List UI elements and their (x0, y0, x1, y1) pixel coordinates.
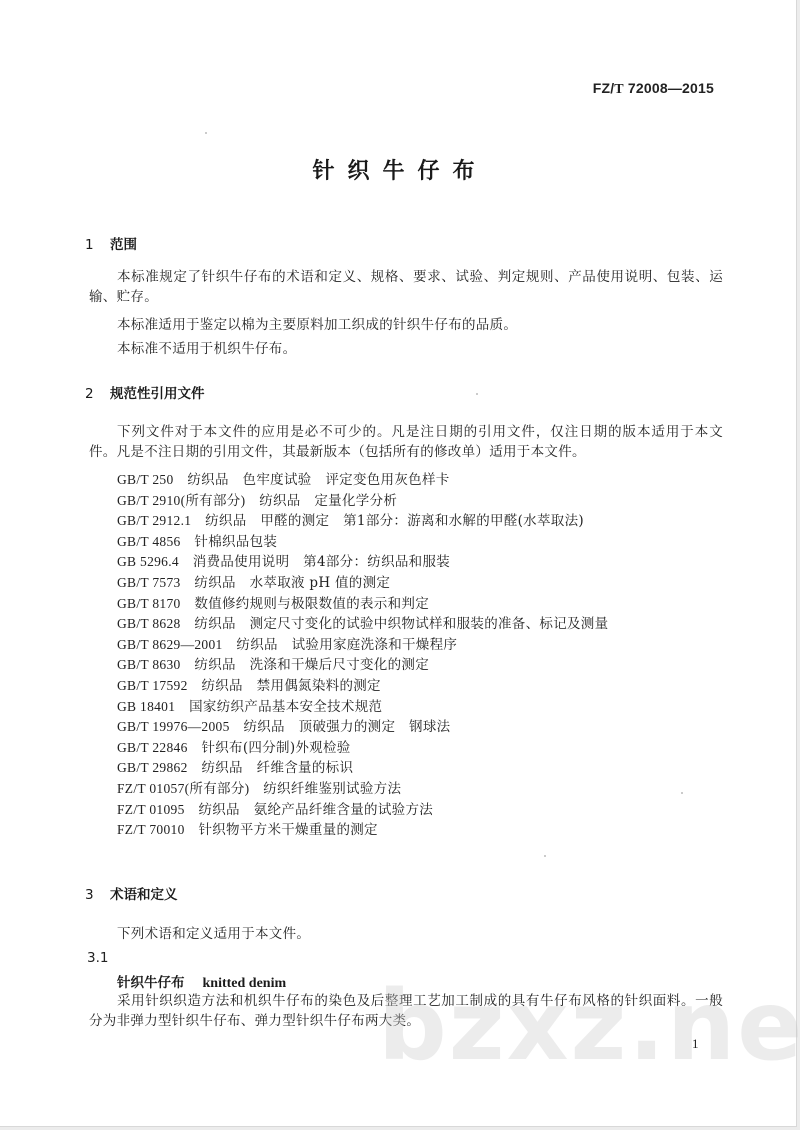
reference-title: 纺织品 定量化学分析 (259, 493, 397, 509)
section-3-heading: 3术语和定义 (85, 883, 178, 903)
reference-code: GB/T 8628 (117, 616, 181, 631)
reference-item: FZ/T 01095 纺织品 氨纶产品纤维含量的试验方法 (117, 800, 608, 821)
reference-title: 纺织品 洗涤和干燥后尺寸变化的测定 (194, 657, 429, 673)
reference-title: 纺织品 水萃取液 pH 值的测定 (194, 575, 390, 591)
reference-title: 纺织品 甲醛的测定 第1部分：游离和水解的甲醛(水萃取法) (205, 513, 584, 529)
section-1-number: 1 (85, 237, 110, 253)
standard-code-t: T (614, 82, 624, 97)
reference-code: FZ/T 70010 (117, 822, 185, 837)
reference-title: 纺织品 纤维含量的标识 (201, 760, 353, 776)
reference-item: GB/T 2912.1 纺织品 甲醛的测定 第1部分：游离和水解的甲醛(水萃取法… (117, 511, 608, 532)
reference-code: GB/T 8170 (117, 596, 181, 611)
reference-code: GB/T 4856 (117, 534, 181, 549)
reference-code: FZ/T 01057(所有部分) (117, 781, 249, 796)
reference-title: 针织布(四分制)外观检验 (201, 740, 350, 756)
reference-code: GB/T 2910(所有部分) (117, 493, 245, 508)
reference-title: 纺织品 禁用偶氮染料的测定 (201, 678, 380, 694)
reference-code: GB/T 19976—2005 (117, 719, 230, 734)
reference-item: GB/T 4856 针棉织品包装 (117, 532, 608, 553)
reference-item: GB/T 29862 纺织品 纤维含量的标识 (117, 758, 608, 779)
section-3-number: 3 (85, 887, 110, 903)
reference-title: 纺织品 氨纶产品纤维含量的试验方法 (198, 802, 433, 818)
reference-item: GB/T 8630 纺织品 洗涤和干燥后尺寸变化的测定 (117, 655, 608, 676)
section-2-title: 规范性引用文件 (110, 386, 205, 402)
reference-code: GB/T 2912.1 (117, 513, 191, 528)
reference-code: GB/T 8630 (117, 657, 181, 672)
reference-code: GB/T 8629—2001 (117, 637, 223, 652)
reference-code: GB/T 22846 (117, 740, 188, 755)
section-3-title: 术语和定义 (110, 887, 178, 903)
reference-title: 纺织品 顶破强力的测定 钢球法 (243, 719, 450, 735)
clause-number: 3.1 (87, 950, 108, 966)
section-3-intro: 下列术语和定义适用于本文件。 (89, 924, 723, 944)
standard-code-number: 72008—2015 (624, 80, 714, 96)
section-1-title: 范围 (110, 237, 137, 253)
section-2-intro: 下列文件对于本文件的应用是必不可少的。凡是注日期的引用文件，仅注日期的版本适用于… (89, 422, 723, 462)
reference-item: GB/T 19976—2005 纺织品 顶破强力的测定 钢球法 (117, 717, 608, 738)
term-definition: 采用针织织造方法和机织牛仔布的染色及后整理工艺加工制成的具有牛仔布风格的针织面料… (89, 991, 723, 1031)
term-chinese: 针织牛仔布 (117, 975, 185, 991)
reference-title: 纺织品 测定尺寸变化的试验中织物试样和服装的准备、标记及测量 (194, 616, 608, 632)
reference-title: 国家纺织产品基本安全技术规范 (189, 699, 382, 715)
reference-code: FZ/T 01095 (117, 802, 185, 817)
document-page: FZ/T 72008—2015 针织牛仔布 1范围 本标准规定了针织牛仔布的术语… (0, 0, 797, 1127)
reference-item: GB/T 7573 纺织品 水萃取液 pH 值的测定 (117, 573, 608, 594)
reference-item: FZ/T 70010 针织物平方米干燥重量的测定 (117, 820, 608, 841)
reference-item: GB/T 8629—2001 纺织品 试验用家庭洗涤和干燥程序 (117, 635, 608, 656)
standard-code-prefix: FZ/ (593, 80, 615, 96)
reference-title: 消费品使用说明 第4部分：纺织品和服装 (193, 554, 450, 570)
normative-references-list: GB/T 250 纺织品 色牢度试验 评定变色用灰色样卡 GB/T 2910(所… (117, 470, 608, 841)
section-1-paragraph-2: 本标准适用于鉴定以棉为主要原料加工织成的针织牛仔布的品质。 (89, 315, 723, 335)
reference-item: GB 5296.4 消费品使用说明 第4部分：纺织品和服装 (117, 552, 608, 573)
reference-item: GB/T 8628 纺织品 测定尺寸变化的试验中织物试样和服装的准备、标记及测量 (117, 614, 608, 635)
section-1-paragraph-1: 本标准规定了针织牛仔布的术语和定义、规格、要求、试验、判定规则、产品使用说明、包… (89, 267, 723, 307)
reference-code: GB/T 7573 (117, 575, 181, 590)
reference-item: FZ/T 01057(所有部分) 纺织纤维鉴别试验方法 (117, 779, 608, 800)
reference-title: 纺织纤维鉴别试验方法 (263, 781, 401, 797)
reference-title: 针织物平方米干燥重量的测定 (198, 822, 377, 838)
section-2-number: 2 (85, 386, 110, 402)
page-number: 1 (692, 1036, 699, 1052)
reference-item: GB/T 250 纺织品 色牢度试验 评定变色用灰色样卡 (117, 470, 608, 491)
section-1-paragraph-3: 本标准不适用于机织牛仔布。 (89, 339, 723, 359)
scan-speck (205, 132, 207, 134)
scan-speck (681, 792, 683, 794)
reference-title: 纺织品 色牢度试验 评定变色用灰色样卡 (187, 472, 449, 488)
reference-item: GB/T 8170 数值修约规则与极限数值的表示和判定 (117, 594, 608, 615)
standard-code: FZ/T 72008—2015 (593, 80, 714, 98)
term-entry: 针织牛仔布knitted denim (117, 971, 286, 992)
reference-title: 数值修约规则与极限数值的表示和判定 (194, 596, 429, 612)
scan-speck (544, 855, 546, 857)
section-2-heading: 2规范性引用文件 (85, 382, 205, 402)
reference-code: GB/T 29862 (117, 760, 188, 775)
reference-item: GB/T 17592 纺织品 禁用偶氮染料的测定 (117, 676, 608, 697)
reference-title: 纺织品 试验用家庭洗涤和干燥程序 (236, 637, 457, 653)
reference-code: GB/T 17592 (117, 678, 188, 693)
reference-code: GB 18401 (117, 699, 175, 714)
reference-item: GB 18401 国家纺织产品基本安全技术规范 (117, 697, 608, 718)
reference-item: GB/T 2910(所有部分) 纺织品 定量化学分析 (117, 491, 608, 512)
reference-code: GB/T 250 (117, 472, 174, 487)
term-english: knitted denim (203, 976, 287, 991)
scan-speck (476, 393, 478, 395)
reference-title: 针棉织品包装 (194, 534, 277, 550)
section-1-heading: 1范围 (85, 233, 137, 253)
document-title: 针织牛仔布 (0, 154, 800, 185)
reference-item: GB/T 22846 针织布(四分制)外观检验 (117, 738, 608, 759)
reference-code: GB 5296.4 (117, 554, 179, 569)
